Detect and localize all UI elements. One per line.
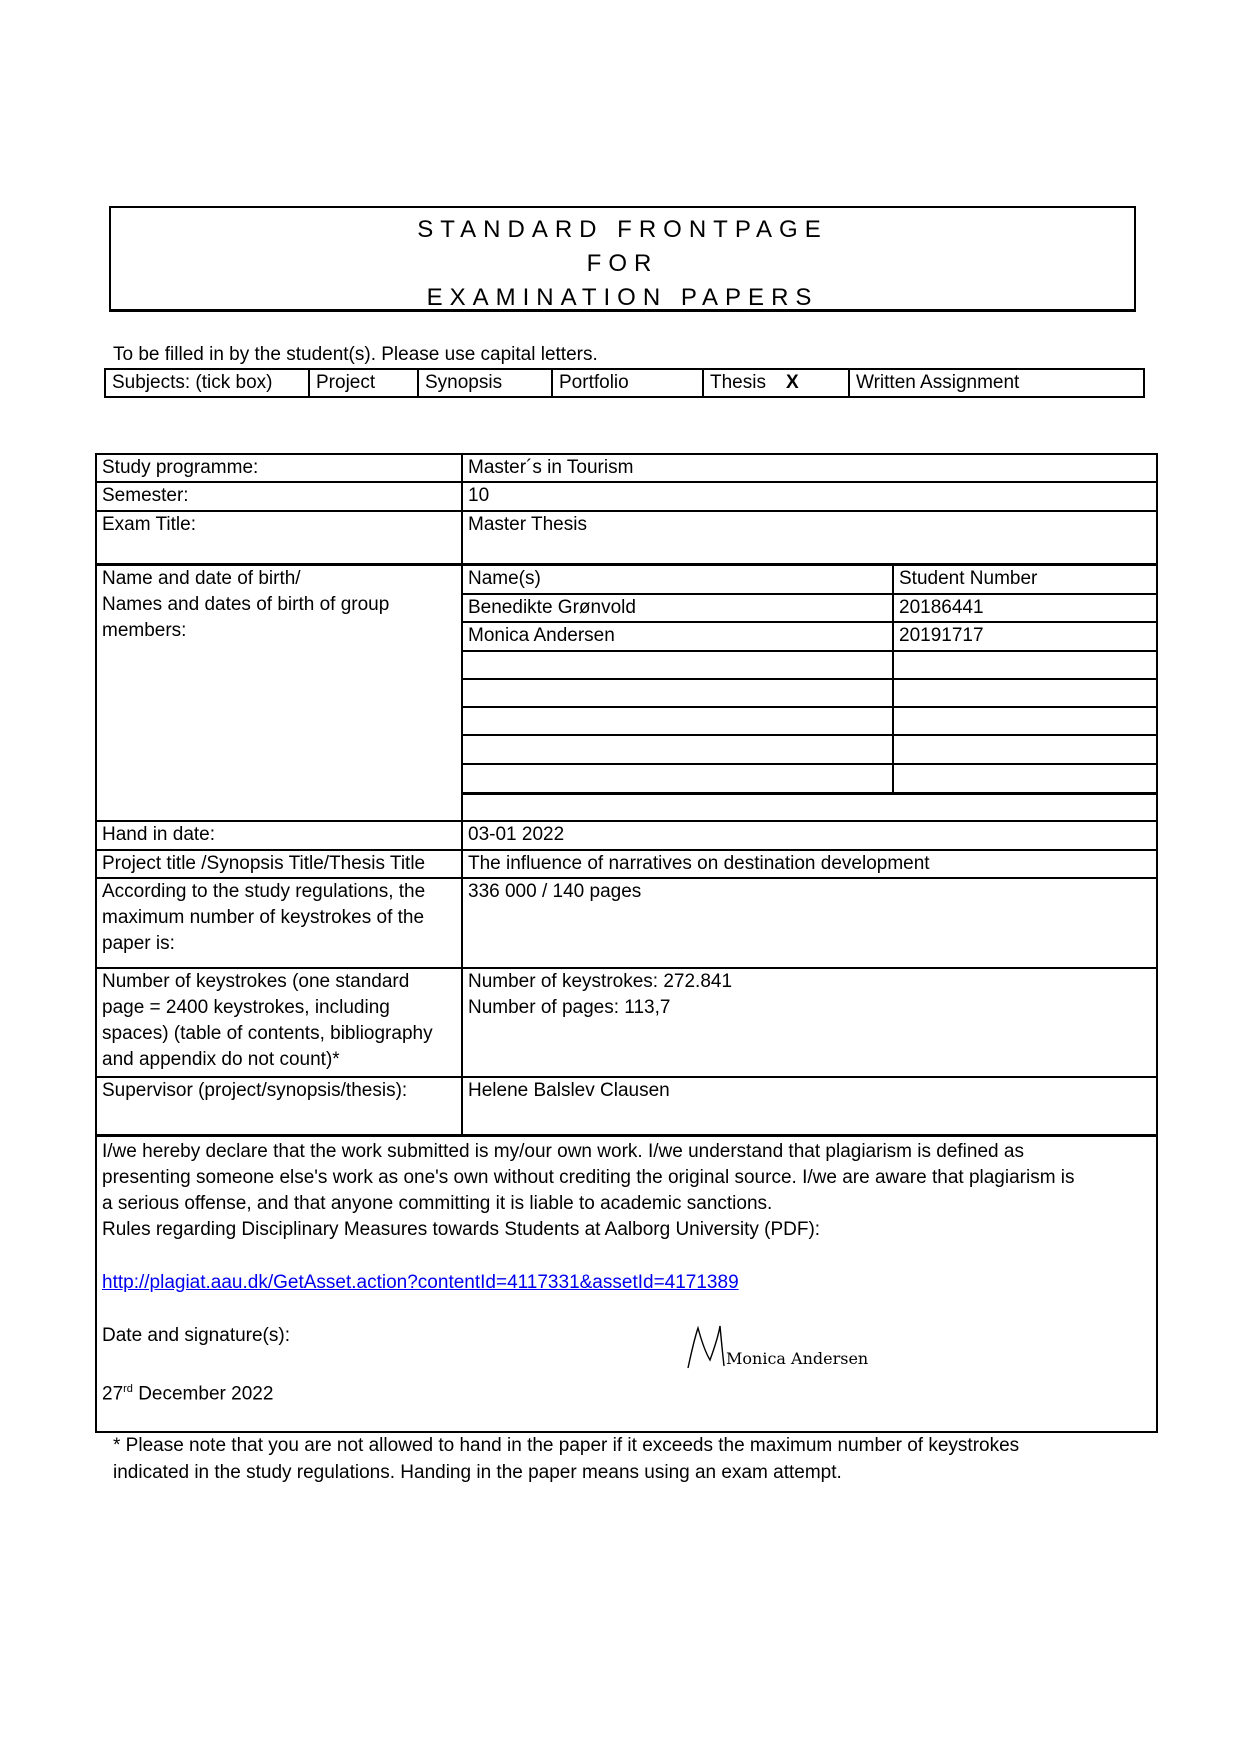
exam-title-value[interactable]: Master Thesis bbox=[462, 511, 1157, 564]
subject-portfolio[interactable]: Portfolio bbox=[552, 369, 703, 397]
names-label: Name and date of birth/ Names and dates … bbox=[96, 564, 462, 821]
signature-date: 27rd December 2022 bbox=[102, 1376, 1151, 1407]
subjects-label: Subjects: (tick box) bbox=[105, 369, 309, 397]
names-column-header: Name(s) bbox=[462, 564, 893, 594]
semester-value[interactable]: 10 bbox=[462, 482, 1157, 511]
svg-text:Monica Andersen: Monica Andersen bbox=[726, 1349, 868, 1368]
project-title-label: Project title /Synopsis Title/Thesis Tit… bbox=[96, 850, 462, 878]
supervisor-value[interactable]: Helene Balslev Clausen bbox=[462, 1077, 1157, 1135]
title-line-2: FOR bbox=[111, 247, 1134, 281]
subject-written-assignment[interactable]: Written Assignment bbox=[849, 369, 1144, 397]
study-programme-label: Study programme: bbox=[96, 454, 462, 482]
thesis-check-mark: X bbox=[786, 372, 799, 393]
supervisor-label: Supervisor (project/synopsis/thesis): bbox=[96, 1077, 462, 1135]
exam-title-label: Exam Title: bbox=[96, 511, 462, 564]
footnote: * Please note that you are not allowed t… bbox=[113, 1432, 1019, 1486]
keystrokes-value[interactable]: Number of keystrokes: 272.841 Number of … bbox=[462, 968, 1157, 1077]
student-number-column-header: Student Number bbox=[893, 564, 1157, 594]
signature-label: Date and signature(s): bbox=[102, 1323, 1151, 1349]
intro-text: To be filled in by the student(s). Pleas… bbox=[113, 344, 598, 366]
subject-thesis[interactable]: ThesisX bbox=[703, 369, 849, 397]
hand-in-date-label: Hand in date: bbox=[96, 821, 462, 850]
max-keystrokes-value[interactable]: 336 000 / 140 pages bbox=[462, 878, 1157, 968]
main-form-table: Study programme: Master´s in Tourism Sem… bbox=[95, 453, 1158, 1433]
title-box: STANDARD FRONTPAGE FOR EXAMINATION PAPER… bbox=[109, 206, 1136, 312]
study-programme-value[interactable]: Master´s in Tourism bbox=[462, 454, 1157, 482]
subjects-table: Subjects: (tick box) Project Synopsis Po… bbox=[104, 368, 1145, 398]
max-keystrokes-label: According to the study regulations, the … bbox=[96, 878, 462, 968]
hand-in-date-value[interactable]: 03-01 2022 bbox=[462, 821, 1157, 850]
plagiarism-rules-link[interactable]: http://plagiat.aau.dk/GetAsset.action?co… bbox=[102, 1272, 739, 1293]
subject-synopsis[interactable]: Synopsis bbox=[418, 369, 552, 397]
semester-label: Semester: bbox=[96, 482, 462, 511]
signature-image: Monica Andersen bbox=[680, 1320, 900, 1380]
keystrokes-label: Number of keystrokes (one standard page … bbox=[96, 968, 462, 1077]
title-line-1: STANDARD FRONTPAGE bbox=[111, 213, 1134, 247]
title-line-3: EXAMINATION PAPERS bbox=[111, 281, 1134, 315]
declaration-block: I/we hereby declare that the work submit… bbox=[96, 1135, 1157, 1432]
project-title-value[interactable]: The influence of narratives on destinati… bbox=[462, 850, 1157, 878]
subject-project[interactable]: Project bbox=[309, 369, 418, 397]
member-extra-row[interactable] bbox=[462, 793, 1157, 821]
